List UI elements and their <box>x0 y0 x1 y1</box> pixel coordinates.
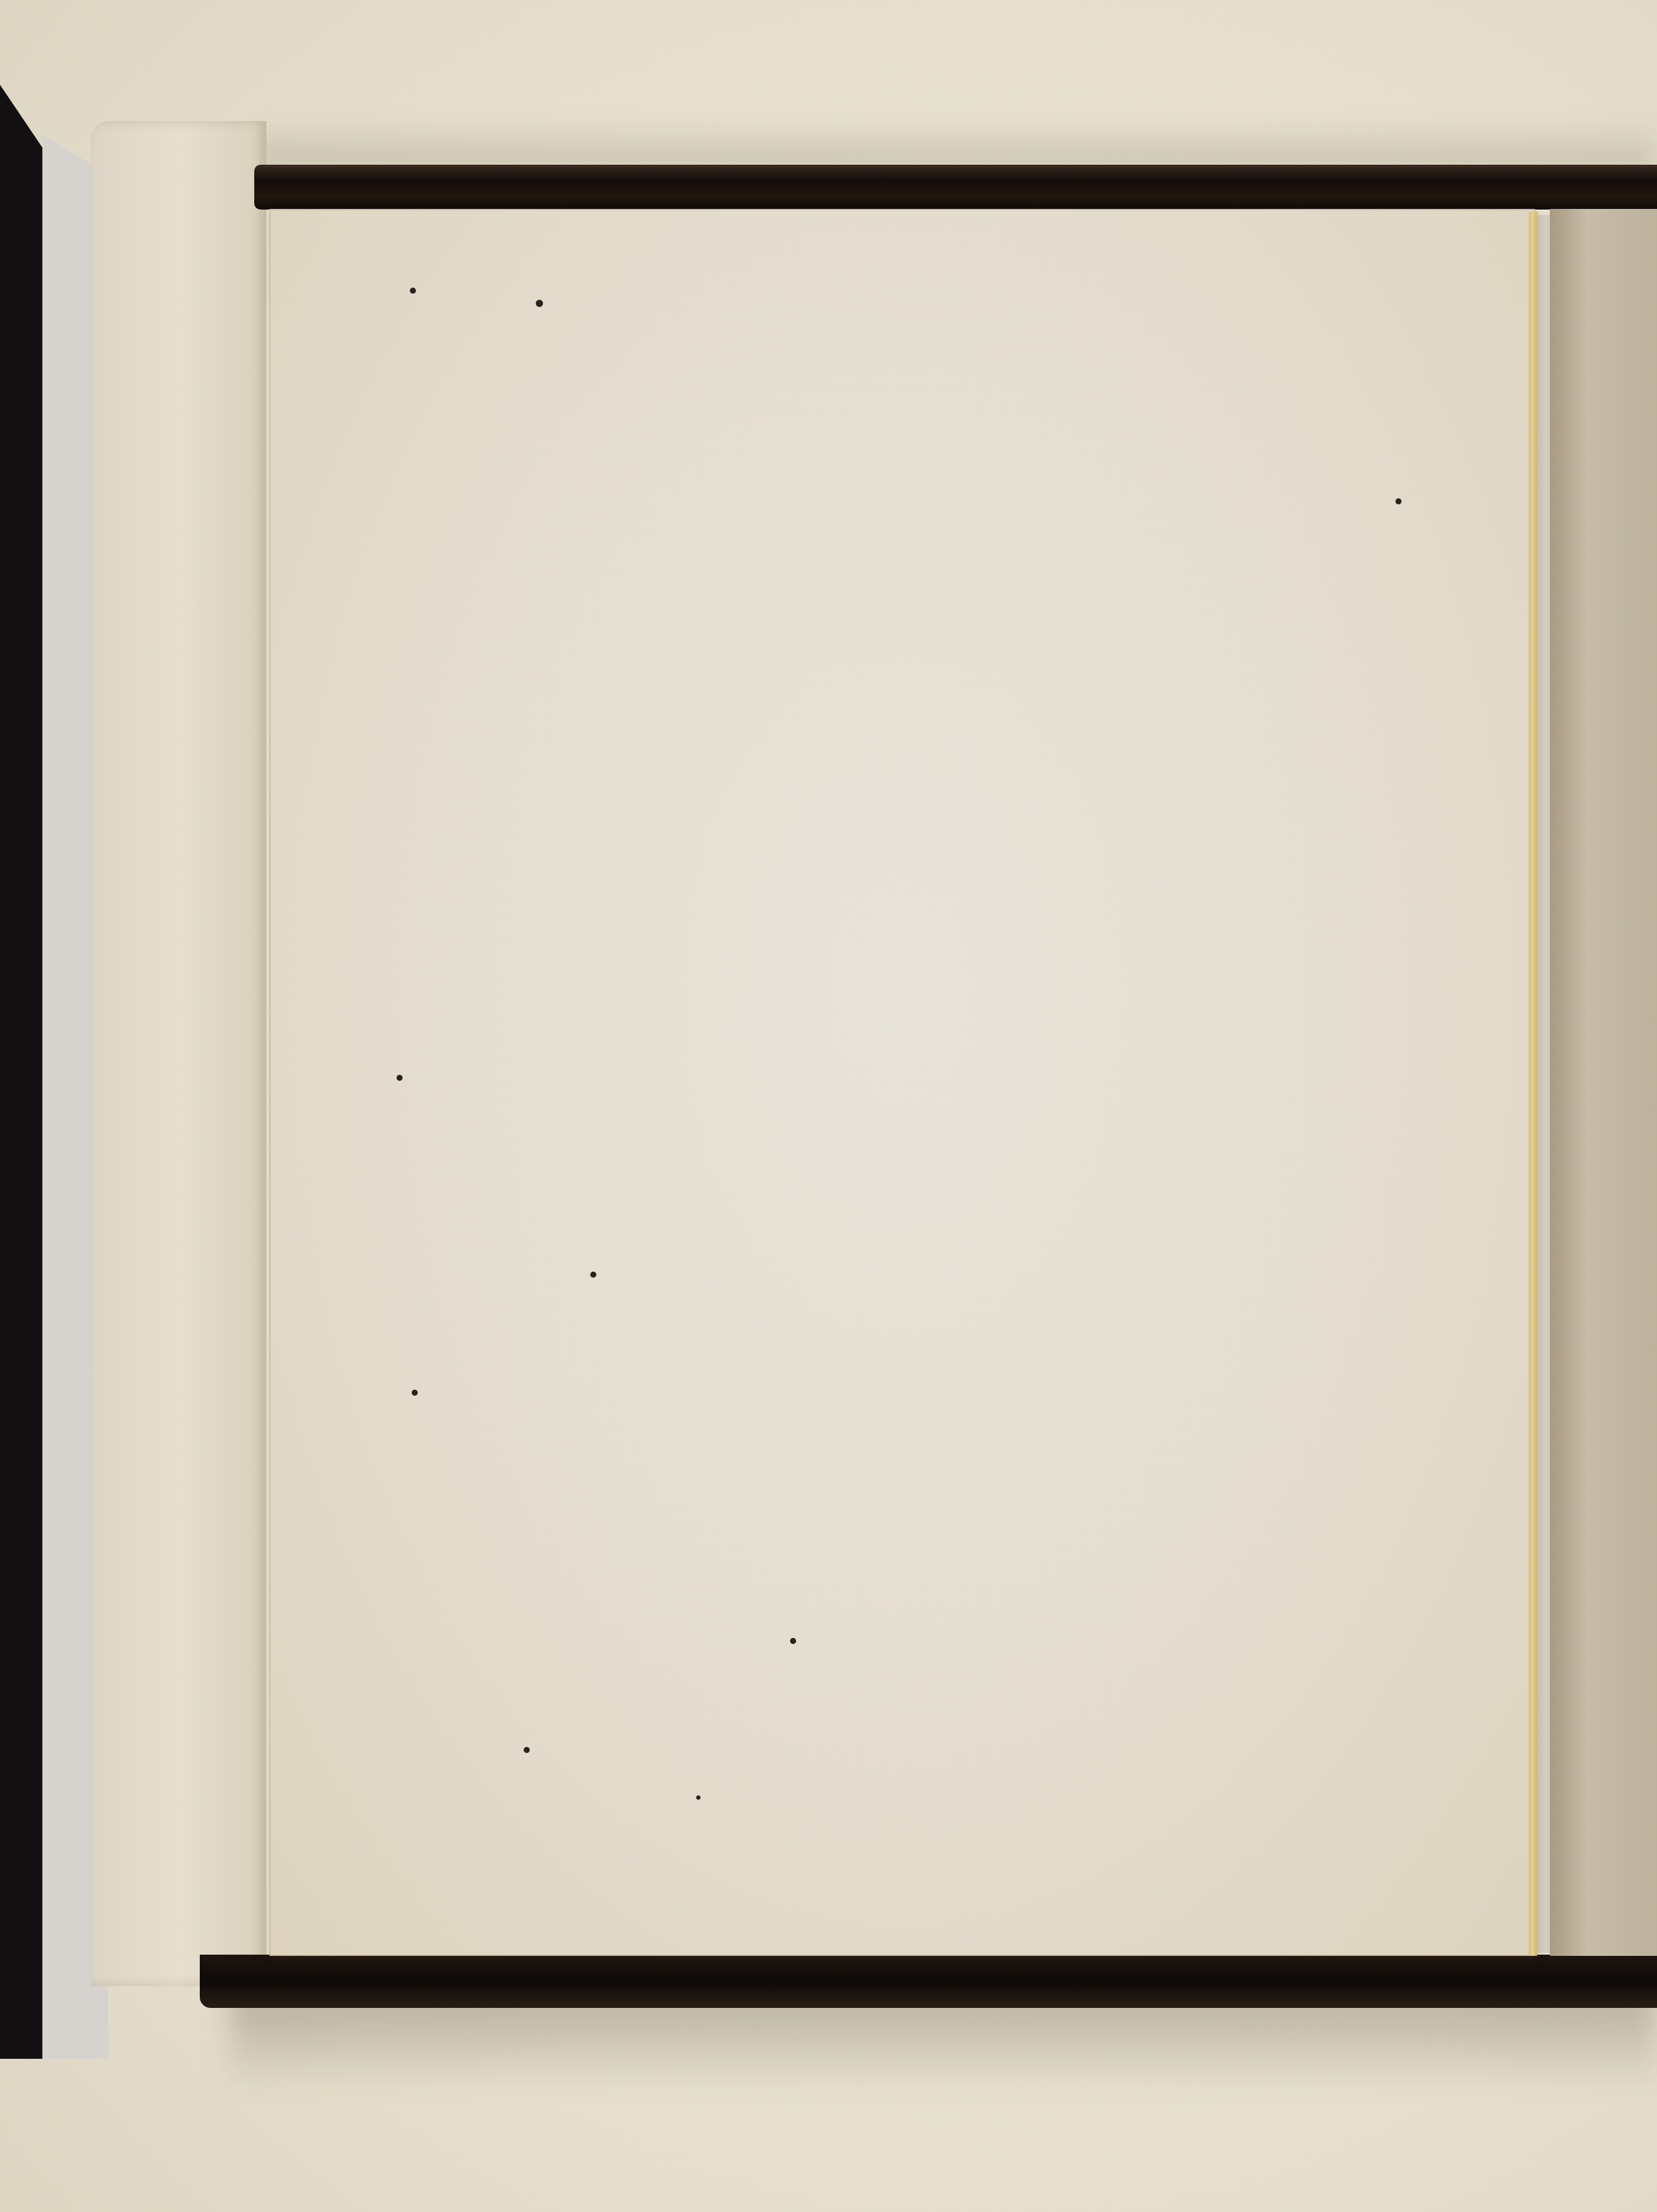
paper-speck <box>696 1795 700 1800</box>
paper-speck <box>1395 498 1402 504</box>
paper-speck <box>524 1747 530 1753</box>
paper-speck <box>410 288 416 294</box>
paper-speck <box>536 300 543 307</box>
left-leaf <box>91 121 266 1986</box>
blank-page <box>269 209 1535 1956</box>
page-gilt-edge <box>1529 212 1537 1956</box>
book-shadow-top <box>254 121 1657 170</box>
paper-speck <box>590 1272 596 1278</box>
right-endpaper <box>1550 209 1657 1956</box>
paper-speck <box>397 1075 403 1081</box>
paper-speck <box>790 1638 796 1644</box>
leather-spine-top <box>254 165 1657 210</box>
paper-speck <box>412 1390 418 1396</box>
leather-spine-bottom <box>200 1955 1657 2008</box>
page-stack-edge <box>1538 215 1550 1953</box>
